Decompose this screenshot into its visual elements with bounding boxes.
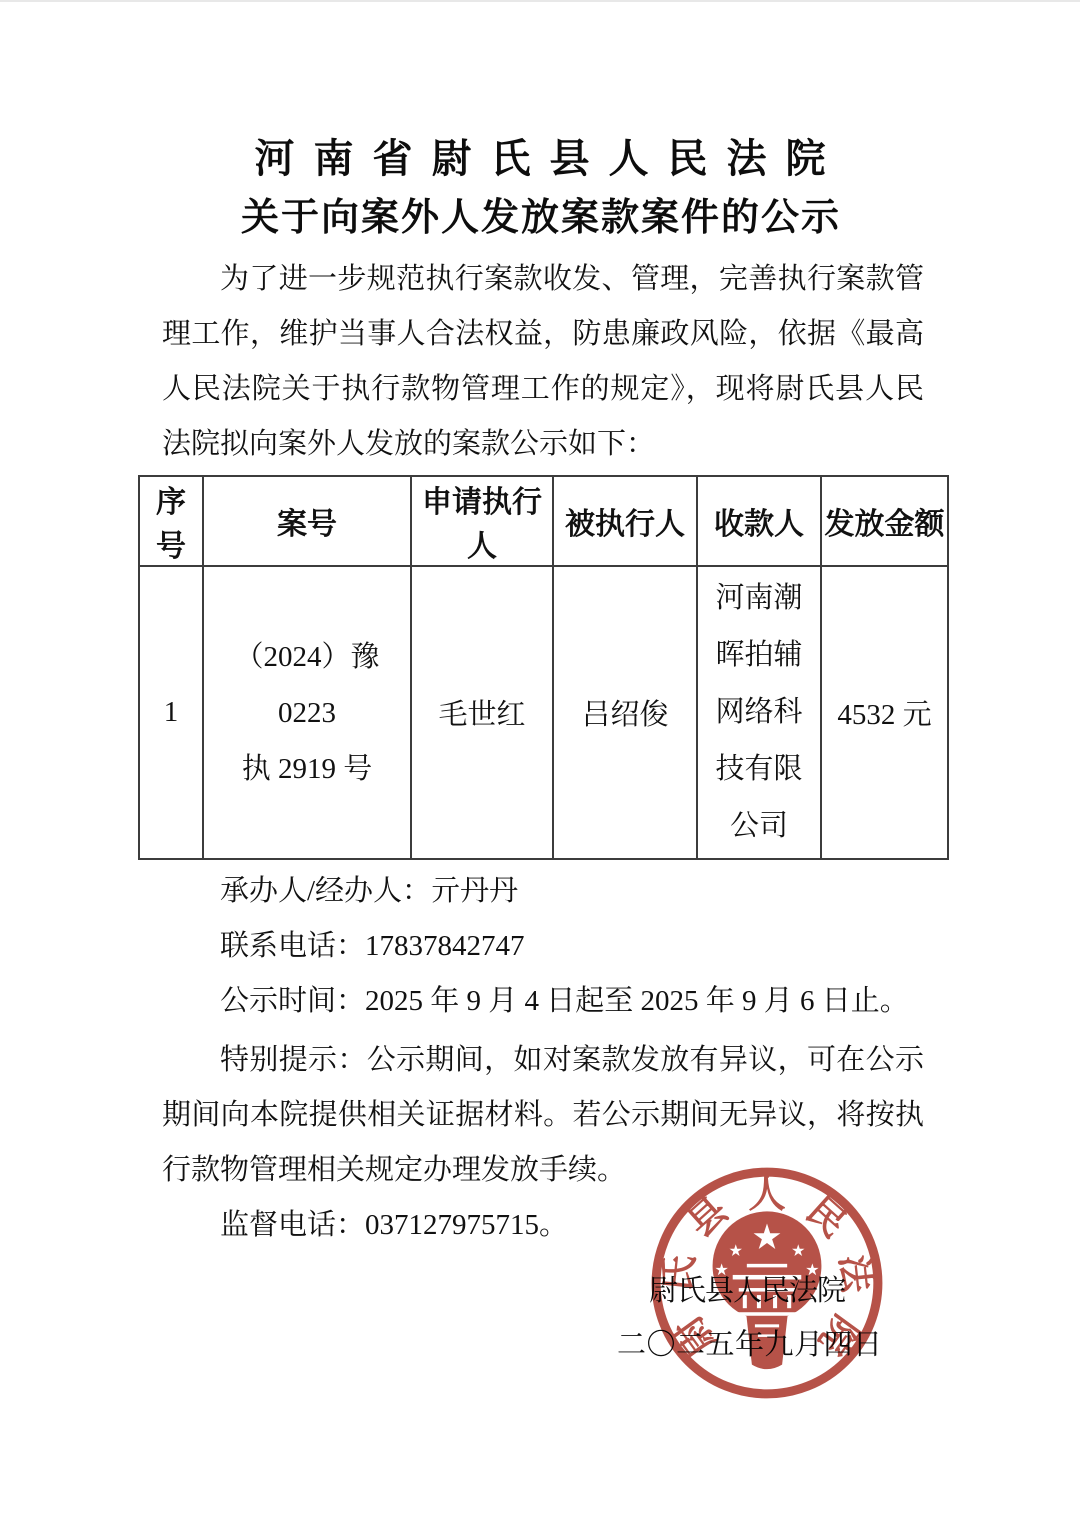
handler-line: 承办人/经办人：亓丹丹 bbox=[162, 864, 925, 919]
seal-ring-char: 人 bbox=[748, 1175, 785, 1216]
contact-phone-label: 联系电话： bbox=[220, 930, 365, 962]
cell-amount: 4532 元 bbox=[821, 566, 948, 859]
details-block: 承办人/经办人：亓丹丹 联系电话：17837842747 公示时间：2025 年… bbox=[0, 864, 1080, 1253]
seal-ring-char: 氏 bbox=[656, 1252, 702, 1294]
case-table: 序号 案号 申请执行人 被执行人 收款人 发放金额 1 （2024）豫 0223… bbox=[138, 475, 949, 860]
intro-paragraph: 为了进一步规范执行案款收发、管理，完善执行案款管理工作，维护当事人合法权益，防患… bbox=[162, 252, 924, 472]
col-header-amount: 发放金额 bbox=[821, 476, 948, 566]
page-title: 河南省尉氏县人民法院 bbox=[0, 130, 1080, 188]
official-seal: 尉 氏 县 人 民 法 院 bbox=[641, 1157, 893, 1409]
handler-label: 承办人/经办人： bbox=[220, 875, 431, 907]
col-header-respondent: 被执行人 bbox=[553, 476, 697, 566]
supervision-phone-label: 监督电话： bbox=[220, 1209, 365, 1241]
cell-payee: 河南潮晖拍辅网络科技有限公司 bbox=[697, 566, 821, 859]
page-subtitle: 关于向案外人发放案款案件的公示 bbox=[0, 190, 1080, 246]
national-emblem-icon bbox=[713, 1211, 822, 1369]
case-table-header: 序号 案号 申请执行人 被执行人 收款人 发放金额 bbox=[139, 476, 948, 566]
publicity-period-line: 公示时间：2025 年 9 月 4 日起至 2025 年 9 月 6 日止。 bbox=[162, 974, 925, 1029]
col-header-payee: 收款人 bbox=[697, 476, 821, 566]
seal-ring-char: 法 bbox=[832, 1253, 878, 1295]
handler-value: 亓丹丹 bbox=[431, 875, 518, 907]
contact-phone-line: 联系电话：17837842747 bbox=[162, 919, 925, 974]
document-page: 河南省尉氏县人民法院 关于向案外人发放案款案件的公示 为了进一步规范执行案款收发… bbox=[0, 0, 1080, 1526]
table-row: 1 （2024）豫 0223 执 2919 号 毛世红 吕绍俊 河南潮晖拍辅网络… bbox=[139, 566, 948, 859]
col-header-applicant: 申请执行人 bbox=[411, 476, 553, 566]
publicity-period-label: 公示时间： bbox=[220, 985, 365, 1017]
cell-case-number: （2024）豫 0223 执 2919 号 bbox=[203, 566, 411, 859]
publicity-period-value: 2025 年 9 月 4 日起至 2025 年 9 月 6 日止。 bbox=[365, 985, 909, 1017]
col-header-seq: 序号 bbox=[139, 476, 203, 566]
col-header-case-number: 案号 bbox=[203, 476, 411, 566]
cell-seq: 1 bbox=[139, 566, 203, 859]
seal-ring-char: 院 bbox=[810, 1307, 866, 1362]
cell-applicant: 毛世红 bbox=[411, 566, 553, 859]
contact-phone-value: 17837842747 bbox=[365, 930, 525, 962]
supervision-phone-value: 037127975715。 bbox=[365, 1209, 568, 1241]
cell-respondent: 吕绍俊 bbox=[553, 566, 697, 859]
